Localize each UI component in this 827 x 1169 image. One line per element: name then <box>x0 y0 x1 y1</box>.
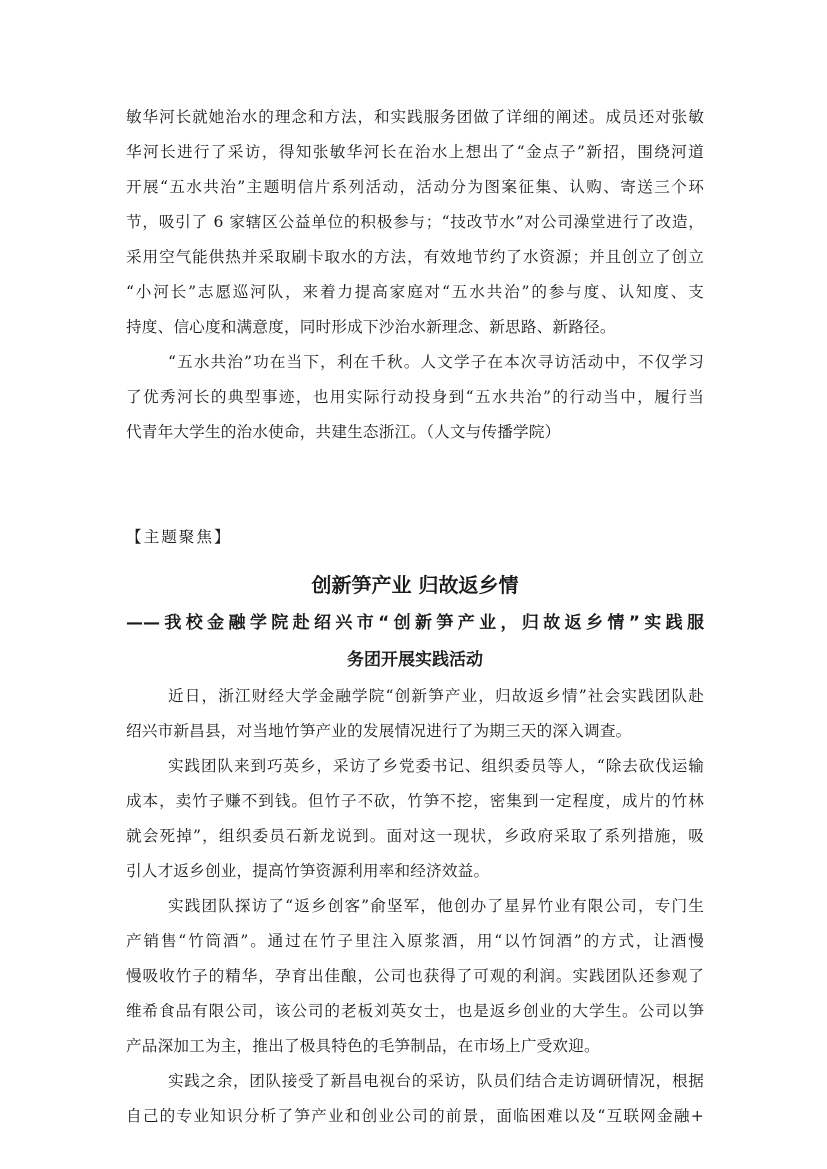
text-line: 维希食品有限公司，该公司的老板刘英女士，也是返乡创业的大学生。公司以笋 <box>126 994 704 1029</box>
article-subtitle-line: ——我校金融学院赴绍兴市“创新笋产业，归故返乡情”实践服 <box>126 605 704 642</box>
text-line: “小河长”志愿巡河队，来着力提高家庭对“五水共治”的参与度、认知度、支 <box>126 275 704 310</box>
text-line: 自己的专业知识分析了笋产业和创业公司的前景，面临困难以及“互联网金融+ <box>126 1099 704 1134</box>
text-line: 产销售“竹筒酒”。通过在竹子里注入原浆酒，用“以竹饲酒”的方式，让酒慢 <box>126 924 704 959</box>
text-line: 华河长进行了采访，得知张敏华河长在治水上想出了“金点子”新招，围绕河道 <box>126 135 704 170</box>
text-line: 引人才返乡创业，提高竹笋资源利用率和经济效益。 <box>126 854 704 889</box>
text-line: 产品深加工为主，推出了极具特色的毛笋制品，在市场上广受欢迎。 <box>126 1029 704 1064</box>
article2-paragraph: 实践之余，团队接受了新昌电视台的采访，队员们结合走访调研情况，根据 自己的专业知… <box>126 1064 704 1134</box>
text-line: 代青年大学生的治水使命，共建生态浙江。（人文与传播学院） <box>126 415 704 450</box>
article-subtitle-line: 务团开展实践活动 <box>126 642 704 679</box>
text-line: 采用空气能供热并采取刷卡取水的方法，有效地节约了水资源；并且创立了创立 <box>126 240 704 275</box>
text-line: 近日，浙江财经大学金融学院“创新笋产业，归故返乡情”社会实践团队赴 <box>126 679 704 714</box>
text-line: 实践团队来到巧英乡，采访了乡党委书记、组织委员等人，“除去砍伐运输 <box>126 749 704 784</box>
text-line: 成本，卖竹子赚不到钱。但竹子不砍，竹笋不挖，密集到一定程度，成片的竹林 <box>126 784 704 819</box>
text-line: 实践团队探访了“返乡创客”俞坚军，他创办了星昇竹业有限公司，专门生 <box>126 889 704 924</box>
text-line: 就会死掉”，组织委员石新龙说到。面对这一现状，乡政府采取了系列措施，吸 <box>126 819 704 854</box>
article2-paragraph: 实践团队探访了“返乡创客”俞坚军，他创办了星昇竹业有限公司，专门生 产销售“竹筒… <box>126 889 704 1064</box>
article1-body: 敏华河长就她治水的理念和方法，和实践服务团做了详细的阐述。成员还对张敏 华河长进… <box>126 100 704 345</box>
document-page: 敏华河长就她治水的理念和方法，和实践服务团做了详细的阐述。成员还对张敏 华河长进… <box>126 100 704 1134</box>
text-line: 敏华河长就她治水的理念和方法，和实践服务团做了详细的阐述。成员还对张敏 <box>126 100 704 135</box>
text-line: 开展“五水共治”主题明信片系列活动，活动分为图案征集、认购、寄送三个环 <box>126 170 704 205</box>
text-line: 绍兴市新昌县，对当地竹笋产业的发展情况进行了为期三天的深入调查。 <box>126 714 704 749</box>
text-line: 慢吸收竹子的精华，孕育出佳酿，公司也获得了可观的利润。实践团队还参观了 <box>126 959 704 994</box>
text-line: 实践之余，团队接受了新昌电视台的采访，队员们结合走访调研情况，根据 <box>126 1064 704 1099</box>
article2-paragraph: 实践团队来到巧英乡，采访了乡党委书记、组织委员等人，“除去砍伐运输 成本，卖竹子… <box>126 749 704 889</box>
article2-paragraph: 近日，浙江财经大学金融学院“创新笋产业，归故返乡情”社会实践团队赴 绍兴市新昌县… <box>126 679 704 749</box>
article-title: 创新笋产业 归故返乡情 <box>126 565 704 605</box>
section-spacer <box>126 450 704 520</box>
text-line: 了优秀河长的典型事迹，也用实际行动投身到“五水共治”的行动当中，履行当 <box>126 380 704 415</box>
article1-closing-paragraph: “五水共治”功在当下，利在千秋。人文学子在本次寻访活动中，不仅学习 了优秀河长的… <box>126 345 704 450</box>
text-line: “五水共治”功在当下，利在千秋。人文学子在本次寻访活动中，不仅学习 <box>126 345 704 380</box>
text-line: 持度、信心度和满意度，同时形成下沙治水新理念、新思路、新路径。 <box>126 310 704 345</box>
section-tag: 【主题聚焦】 <box>126 520 704 555</box>
text-line: 节，吸引了 6 家辖区公益单位的积极参与；“技改节水”对公司澡堂进行了改造， <box>126 205 704 240</box>
